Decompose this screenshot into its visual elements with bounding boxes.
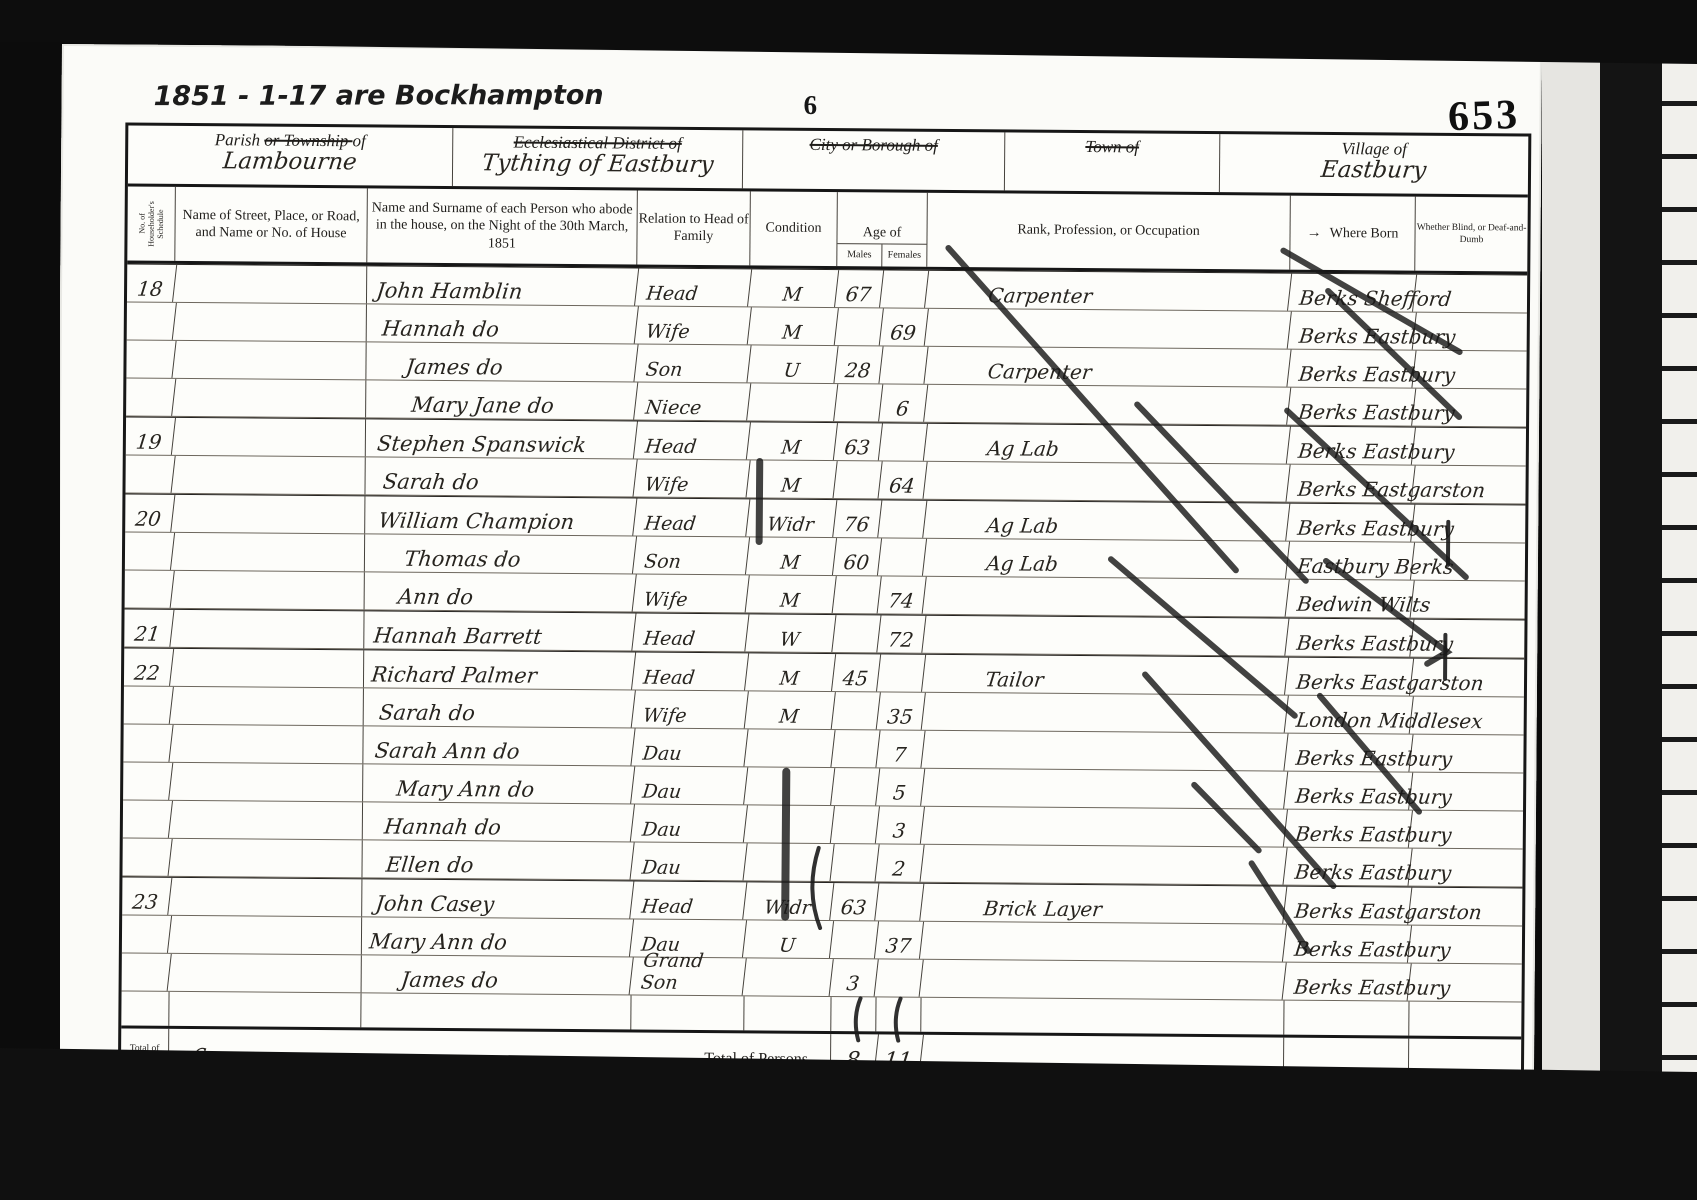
street-cell bbox=[170, 954, 362, 993]
person-name: Mary Ann do bbox=[361, 764, 635, 803]
age-males bbox=[833, 576, 882, 613]
person-name: Richard Palmer bbox=[362, 650, 636, 689]
age-males: 3 bbox=[830, 959, 879, 996]
occupation: Carpenter bbox=[924, 347, 1291, 387]
street-cell bbox=[173, 456, 365, 495]
occupation bbox=[920, 922, 1287, 962]
city-borough-field: City or Borough of bbox=[743, 130, 1005, 190]
street-cell bbox=[174, 418, 366, 457]
parish-value: Lambourne bbox=[222, 148, 359, 175]
schedule-number: 22 bbox=[122, 649, 174, 686]
age-males: 63 bbox=[834, 423, 883, 460]
street-cell bbox=[172, 610, 364, 649]
relation: Wife bbox=[633, 575, 750, 613]
col-header-schedule: No. of Householder's Schedule bbox=[127, 187, 176, 261]
age-females bbox=[877, 654, 926, 691]
where-born: Berks Eastbury bbox=[1288, 312, 1417, 350]
col-header-condition: Condition bbox=[750, 191, 838, 266]
census-page: 1851 - 1-17 are Bockhampton 6 Parish or … bbox=[54, 44, 1542, 1074]
where-born: Bedwin Wilts bbox=[1286, 580, 1415, 618]
person-name: William Champion bbox=[363, 496, 637, 535]
age-males: 28 bbox=[834, 346, 883, 383]
condition: Widr bbox=[743, 882, 834, 920]
age-males bbox=[832, 615, 881, 652]
where-born-arrow-icon: → bbox=[1307, 224, 1322, 240]
person-name: Sarah do bbox=[364, 457, 638, 496]
person-name: Thomas do bbox=[363, 534, 637, 573]
parish-field: Parish or Township of Lambourne bbox=[128, 126, 453, 187]
street-cell bbox=[174, 341, 366, 380]
age-females: 5 bbox=[876, 768, 925, 805]
occupation bbox=[925, 309, 1292, 349]
where-born: Berks Eastbury bbox=[1284, 772, 1413, 810]
age-females: 7 bbox=[876, 730, 925, 767]
street-cell bbox=[171, 725, 363, 764]
where-born: Berks Eastgarston bbox=[1285, 658, 1414, 696]
schedule-number: 18 bbox=[125, 265, 177, 302]
folio-stamp: 653 bbox=[1447, 91, 1521, 141]
where-born: Berks Eastbury bbox=[1283, 925, 1412, 963]
condition: M bbox=[745, 691, 836, 729]
schedule-number bbox=[124, 341, 176, 378]
where-born: Berks Eastbury bbox=[1284, 734, 1413, 772]
relation: Head bbox=[633, 499, 750, 537]
age-males bbox=[831, 768, 880, 805]
relation: Head bbox=[630, 882, 747, 920]
age-females: 74 bbox=[878, 576, 927, 613]
age-males bbox=[832, 692, 881, 729]
person-name: Ann do bbox=[363, 572, 637, 611]
occupation bbox=[921, 845, 1288, 885]
age-males bbox=[831, 844, 880, 881]
schedule-number bbox=[120, 916, 172, 953]
age-females bbox=[879, 423, 928, 460]
person-name: Ellen do bbox=[361, 840, 635, 879]
city-borough-label: City or Borough of bbox=[809, 135, 937, 156]
age-males: 76 bbox=[833, 500, 882, 537]
age-females bbox=[878, 538, 927, 575]
condition: M bbox=[747, 460, 838, 498]
age-males bbox=[835, 308, 884, 345]
scan-right-margin bbox=[1542, 0, 1600, 1200]
street-cell bbox=[170, 839, 362, 878]
village-field: Village of Eastbury bbox=[1220, 134, 1528, 194]
relation: Son bbox=[634, 345, 751, 383]
schedule-number: 23 bbox=[120, 878, 172, 915]
age-males bbox=[834, 461, 883, 498]
person-name: Sarah do bbox=[362, 688, 636, 727]
ecclesiastical-district-value: Tything of Eastbury bbox=[480, 150, 714, 178]
col-header-age: Age of Males Females bbox=[837, 192, 928, 267]
condition bbox=[743, 958, 834, 996]
age-females-label: Females bbox=[882, 244, 926, 266]
age-females bbox=[879, 346, 928, 383]
where-born: Berks Eastbury bbox=[1285, 619, 1414, 657]
condition bbox=[744, 729, 835, 767]
where-born: Berks Eastbury bbox=[1286, 504, 1415, 542]
location-header-row: Parish or Township of Lambourne Ecclesia… bbox=[128, 126, 1528, 198]
age-males: 63 bbox=[830, 883, 879, 920]
occupation bbox=[921, 807, 1288, 847]
occupation: Ag Lab bbox=[923, 539, 1290, 579]
col-header-rank: Rank, Profession, or Occupation bbox=[927, 193, 1291, 270]
where-born: Eastbury Berks bbox=[1286, 542, 1415, 580]
relation: Head bbox=[632, 614, 749, 652]
occupation bbox=[922, 616, 1289, 656]
where-born: Berks Eastbury bbox=[1287, 427, 1416, 465]
town-field: Town of bbox=[1005, 132, 1220, 192]
occupation bbox=[923, 577, 1290, 617]
relation: Son bbox=[633, 537, 750, 575]
person-name: Hannah do bbox=[361, 802, 635, 841]
condition bbox=[747, 383, 838, 421]
condition: U bbox=[743, 920, 834, 958]
age-males bbox=[834, 384, 883, 421]
age-males bbox=[831, 730, 880, 767]
condition bbox=[744, 805, 835, 843]
relation: Head bbox=[634, 422, 751, 460]
person-name: Stephen Spanswick bbox=[364, 419, 638, 458]
page-number: 6 bbox=[803, 90, 817, 121]
age-females: 37 bbox=[875, 921, 924, 958]
street-cell bbox=[172, 649, 364, 688]
person-name: James do bbox=[364, 342, 638, 381]
age-males: 60 bbox=[833, 538, 882, 575]
schedule-number: 19 bbox=[124, 418, 176, 455]
occupation: Carpenter bbox=[925, 271, 1292, 311]
age-females: 2 bbox=[876, 844, 925, 881]
person-name: John Casey bbox=[360, 879, 634, 918]
age-males: 45 bbox=[832, 654, 881, 691]
where-born: Berks Eastbury bbox=[1287, 350, 1416, 388]
occupation bbox=[924, 462, 1291, 502]
schedule-number bbox=[123, 533, 175, 570]
person-name: Sarah Ann do bbox=[361, 726, 635, 765]
occupation: Brick Layer bbox=[920, 884, 1287, 924]
col-header-name: Name and Surname of each Person who abod… bbox=[367, 188, 638, 264]
condition bbox=[744, 767, 835, 805]
age-males bbox=[830, 921, 879, 958]
where-born: Berks Eastbury bbox=[1287, 388, 1416, 426]
relation: Grand Son bbox=[630, 958, 747, 996]
street-cell bbox=[175, 265, 367, 304]
where-born: Berks Eastgarston bbox=[1283, 887, 1412, 925]
where-born: Berks Shefford bbox=[1288, 274, 1417, 312]
age-females: 35 bbox=[877, 692, 926, 729]
schedule-number bbox=[121, 839, 173, 876]
condition: M bbox=[746, 575, 837, 613]
table-body: 18John HamblinHeadM67CarpenterBerks Shef… bbox=[122, 264, 1528, 1003]
age-males-label: Males bbox=[837, 244, 882, 266]
occupation bbox=[924, 385, 1291, 425]
street-cell bbox=[175, 303, 367, 342]
schedule-number bbox=[121, 725, 173, 762]
condition: M bbox=[745, 653, 836, 691]
film-edge bbox=[1600, 0, 1662, 1200]
relation: Niece bbox=[634, 383, 751, 421]
schedule-number bbox=[124, 456, 176, 493]
where-born: Berks Eastbury bbox=[1283, 848, 1412, 886]
relation: Wife bbox=[634, 460, 751, 498]
town-label: Town of bbox=[1085, 137, 1139, 157]
age-males: 67 bbox=[835, 270, 884, 307]
schedule-number bbox=[122, 687, 174, 724]
census-table: Parish or Township of Lambourne Ecclesia… bbox=[118, 123, 1532, 1095]
condition: M bbox=[748, 269, 839, 307]
condition: W bbox=[745, 614, 836, 652]
street-cell bbox=[172, 687, 364, 726]
condition: U bbox=[747, 345, 838, 383]
age-females: 6 bbox=[879, 384, 928, 421]
occupation bbox=[921, 769, 1288, 809]
condition: M bbox=[747, 422, 838, 460]
where-born: Berks Eastbury bbox=[1283, 963, 1412, 1001]
where-born: London Middlesex bbox=[1285, 696, 1414, 734]
person-name: John Hamblin bbox=[365, 266, 639, 305]
col-header-where-born: →Where Born bbox=[1290, 196, 1416, 271]
archivist-note: 1851 - 1-17 are Bockhampton bbox=[154, 80, 604, 112]
column-header-row: No. of Householder's Schedule Name of St… bbox=[127, 187, 1528, 275]
relation: Dau bbox=[631, 729, 748, 767]
schedule-number bbox=[121, 763, 173, 800]
occupation bbox=[921, 731, 1288, 771]
person-name: Hannah Barrett bbox=[362, 611, 636, 650]
village-value: Eastbury bbox=[1320, 157, 1428, 184]
relation: Wife bbox=[635, 307, 752, 345]
ecclesiastical-district-field: Ecclesiastical District of Tything of Ea… bbox=[453, 128, 743, 188]
condition: M bbox=[748, 307, 839, 345]
age-females bbox=[875, 883, 924, 920]
person-name: James do bbox=[360, 955, 634, 994]
schedule-number bbox=[125, 303, 177, 340]
street-cell bbox=[170, 878, 362, 917]
scan-border-left bbox=[0, 0, 60, 1200]
street-cell bbox=[173, 495, 365, 534]
col-header-street: Name of Street, Place, or Road, and Name… bbox=[175, 187, 368, 263]
occupation: Ag Lab bbox=[923, 501, 1290, 541]
where-born: Berks Eastgarston bbox=[1286, 465, 1415, 503]
age-females: 3 bbox=[876, 806, 925, 843]
person-name: Mary Jane do bbox=[364, 380, 638, 419]
occupation bbox=[920, 960, 1287, 1000]
street-cell bbox=[173, 533, 365, 572]
age-females: 69 bbox=[880, 308, 929, 345]
street-cell bbox=[174, 379, 366, 418]
occupation bbox=[922, 693, 1289, 733]
occupation: Tailor bbox=[922, 655, 1289, 695]
person-name: Mary Ann do bbox=[360, 917, 634, 956]
condition: Widr bbox=[746, 499, 837, 537]
age-females bbox=[880, 270, 929, 307]
relation: Dau bbox=[631, 805, 748, 843]
age-females: 72 bbox=[877, 615, 926, 652]
age-of-label: Age of bbox=[837, 192, 926, 245]
street-cell bbox=[170, 916, 362, 955]
schedule-number bbox=[121, 801, 173, 838]
condition: M bbox=[746, 537, 837, 575]
where-born: Berks Eastbury bbox=[1284, 810, 1413, 848]
age-females: 64 bbox=[879, 461, 928, 498]
age-females bbox=[878, 500, 927, 537]
occupation: Ag Lab bbox=[924, 424, 1291, 464]
relation: Head bbox=[635, 269, 752, 307]
schedule-number bbox=[120, 954, 172, 991]
schedule-number bbox=[123, 571, 175, 608]
schedule-number: 20 bbox=[123, 495, 175, 532]
age-males bbox=[831, 806, 880, 843]
street-cell bbox=[171, 801, 363, 840]
condition bbox=[744, 843, 835, 881]
schedule-number bbox=[124, 379, 176, 416]
col-header-relation: Relation to Head of Family bbox=[637, 191, 751, 266]
relation: Wife bbox=[632, 691, 749, 729]
relation: Dau bbox=[631, 767, 748, 805]
street-cell bbox=[171, 763, 363, 802]
person-name: Hannah do bbox=[365, 304, 639, 343]
schedule-number: 21 bbox=[122, 610, 174, 647]
street-cell bbox=[173, 571, 365, 610]
relation: Head bbox=[632, 653, 749, 691]
relation: Dau bbox=[631, 843, 748, 881]
age-females bbox=[875, 959, 924, 996]
col-header-whether-blind: Whether Blind, or Deaf-and-Dumb bbox=[1415, 197, 1528, 272]
census-scan: 1851 - 1-17 are Bockhampton 6 Parish or … bbox=[0, 0, 1697, 1200]
film-ruler-strip bbox=[1662, 0, 1697, 1200]
